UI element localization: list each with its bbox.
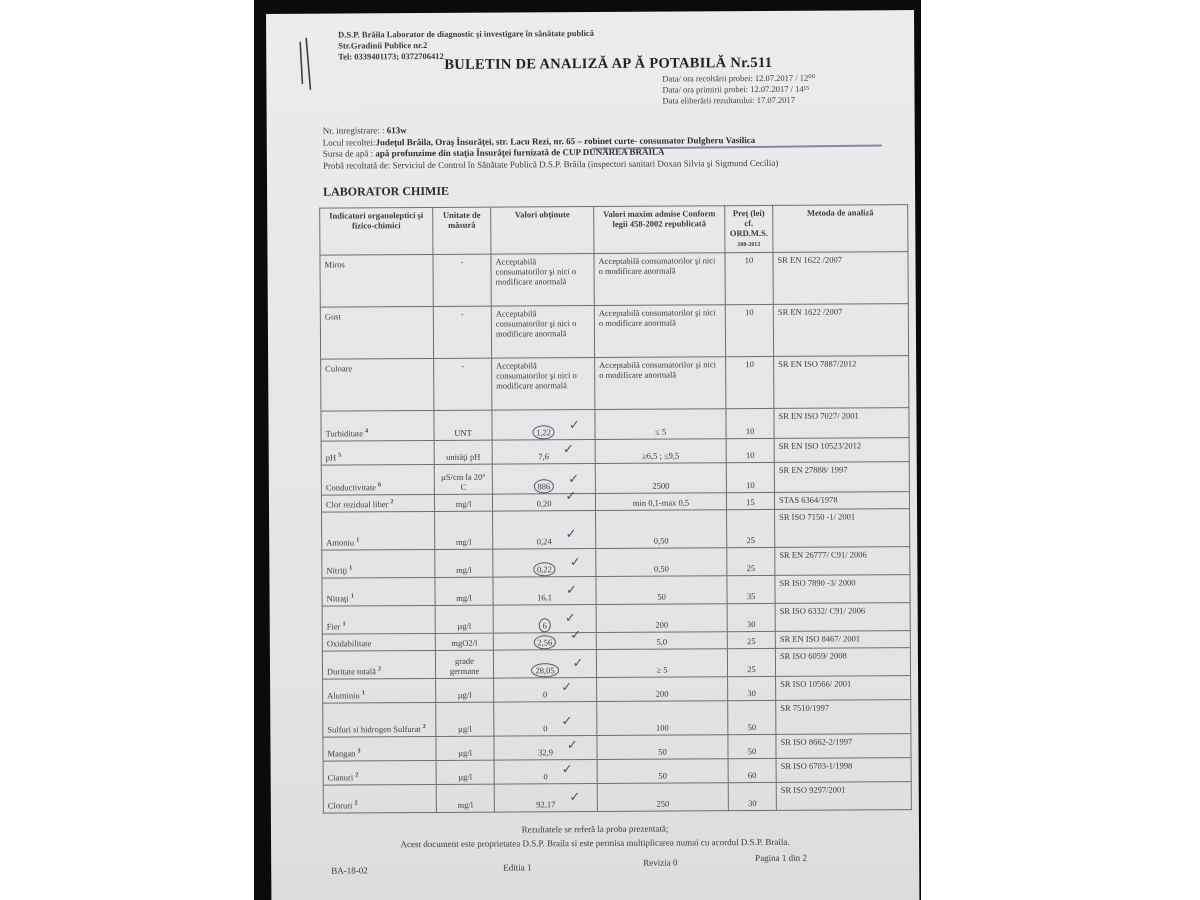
obtained-value: 28,05: [531, 663, 558, 677]
indicator-name: Fier 1: [322, 605, 435, 634]
header-price: Preţ (lei) cf. ORD.M.S.208-2012: [725, 205, 773, 252]
section-title: LABORATOR CHIMIE: [323, 184, 449, 200]
indicator-name: Conductivitate 6: [321, 464, 434, 495]
footnote-ref: 4: [365, 429, 368, 435]
price: 60: [728, 758, 776, 782]
collected-by: Probă recoltată de: Serviciul de Control…: [323, 157, 778, 171]
unit: µg/l: [436, 760, 494, 784]
max-limit: ≥6,5 ; ≤9,5: [595, 439, 726, 464]
analysis-method: SR 7510/1997: [776, 699, 911, 734]
indicator-name: Nitriţi 1: [322, 549, 435, 578]
check-mark-icon: ✓: [570, 558, 581, 568]
table-row: Cianuri 2µg/l0✓5060SR ISO 6703-1/1998: [323, 757, 911, 785]
obtained-value-cell: 0,22✓: [493, 548, 596, 577]
footnote-ref: 3: [357, 748, 360, 754]
page-number: Pagina 1 din 2: [755, 853, 807, 863]
obtained-value: 6: [539, 618, 551, 632]
unit: mgO2/l: [435, 633, 493, 650]
obtained-value: Acceptabilă consumatorilor şi nici o mod…: [495, 256, 576, 286]
max-limit: 50: [597, 758, 728, 783]
analysis-method: SR EN 27888/ 1997: [774, 462, 909, 493]
price: 25: [727, 648, 775, 676]
indicator-name: Aluminiu 1: [323, 678, 436, 703]
obtained-value: 0: [544, 771, 548, 781]
table-row: Mangan 3µg/l32,9✓5050SR ISO 8662-2/1997: [323, 733, 911, 761]
results-table: Indicatori organoleptici şi fizico-chimi…: [319, 204, 912, 813]
footnote-ref: 1: [349, 565, 352, 571]
obtained-value: 0,24: [537, 536, 552, 546]
obtained-value-cell: Acceptabilă consumatorilor şi nici o mod…: [491, 306, 594, 359]
max-limit: 100: [597, 700, 728, 735]
max-limit: 200: [597, 676, 728, 701]
obtained-value: 0: [543, 689, 547, 699]
header-value: Valori obţinute: [491, 207, 594, 255]
obtained-value: 16,1: [537, 592, 552, 602]
table-row: pH 5unităţi pH7,6✓≥6,5 ; ≤9,510SR EN ISO…: [321, 438, 909, 466]
max-limit: 200: [596, 604, 727, 633]
table-row: Miros -Acceptabilă consumatorilor şi nic…: [320, 252, 908, 308]
indicator-name: Turbiditate 4: [321, 410, 434, 441]
indicator-name: Cloruri 2: [323, 784, 436, 813]
price: 10: [726, 462, 774, 492]
check-mark-icon: ✓: [569, 793, 580, 803]
footnote-ref: 5: [338, 453, 341, 459]
analysis-method: SR ISO 6703-1/1998: [776, 757, 911, 782]
price: 25: [727, 631, 775, 648]
obtained-value: 886: [533, 479, 554, 493]
unit: grade germane: [435, 650, 493, 678]
indicator-name: Clor rezidual liber 2: [321, 494, 434, 512]
obtained-value-cell: 16,1✓: [493, 576, 596, 605]
document-title: BULETIN DE ANALIZĂ AP Ă POTABILĂ Nr.511: [444, 55, 772, 74]
footnote-ref: 2: [378, 666, 381, 672]
indicator-name: Amoniu 1: [322, 511, 435, 550]
obtained-value-cell: 886✓: [492, 463, 595, 494]
obtained-value: Acceptabilă consumatorilor şi nici o mod…: [496, 308, 577, 338]
table-row: Nitriţi 1mg/l0,22✓0,5025SR EN 26777/ C91…: [322, 546, 910, 578]
max-limit: 250: [597, 782, 728, 811]
indicator-name: Culoare: [321, 358, 434, 411]
unit: -: [433, 306, 491, 358]
obtained-value-cell: 28,05✓: [493, 649, 596, 678]
price: 50: [728, 700, 776, 734]
obtained-value-cell: 2,56✓: [493, 632, 596, 649]
obtained-value-cell: 0,20✓: [492, 493, 595, 510]
unit: mg/l: [435, 577, 493, 605]
table-row: Culoare -Acceptabilă consumatorilor şi n…: [321, 356, 909, 412]
pen-mark-icon: [294, 34, 316, 94]
doc-code: BA-18-02: [331, 865, 368, 875]
analysis-method: SR ISO 9297/2001: [776, 781, 911, 810]
unit: µS/cm la 20° C: [434, 464, 492, 494]
analysis-method: SR EN 1622 /2007: [773, 252, 908, 305]
footnote-ref: 1: [351, 593, 354, 599]
unit: µg/l: [435, 605, 493, 633]
analysis-method: SR ISO 7890 -3/ 2000: [775, 574, 910, 603]
check-mark-icon: ✓: [566, 586, 577, 596]
check-mark-icon: ✓: [563, 445, 574, 455]
footnote-ref: 6: [378, 482, 381, 488]
max-limit: 5,0: [596, 632, 727, 650]
obtained-value: 32,9: [538, 747, 553, 757]
price: 10: [726, 356, 774, 408]
unit: µg/l: [436, 702, 494, 736]
max-limit: min 0,1-max 0,5: [595, 493, 726, 511]
price: 25: [727, 509, 775, 547]
obtained-value: 2,56: [533, 635, 556, 649]
table-row: Turbiditate 4UNT1,22✓≤ 510SR EN ISO 7027…: [321, 408, 909, 442]
check-mark-icon: ✓: [561, 717, 572, 727]
footnote-ref: 2: [354, 800, 357, 806]
table-row: Amoniu 1mg/l0,24✓0,5025SR ISO 7150 -1/ 2…: [322, 508, 910, 550]
document-photo: D.S.P. Brăila Laborator de diagnostic şi…: [254, 0, 921, 900]
indicator-name: Cianuri 2: [323, 760, 436, 785]
footnote-ref: 2: [355, 772, 358, 778]
table-row: Gust -Acceptabilă consumatorilor şi nici…: [320, 304, 908, 360]
obtained-value: 1,22: [532, 425, 555, 439]
price: 10: [725, 304, 773, 356]
max-limit: 0,50: [596, 548, 727, 577]
table-header-row: Indicatori organoleptici şi fizico-chimi…: [320, 205, 908, 256]
price: 10: [725, 252, 773, 304]
obtained-value: 7,6: [538, 451, 549, 461]
price: 25: [727, 547, 775, 575]
analysis-method: SR EN ISO 7027/ 2001: [774, 408, 909, 439]
unit: mg/l: [435, 511, 493, 549]
unit: mg/l: [435, 549, 493, 577]
check-mark-icon: ✓: [569, 421, 580, 431]
analysis-method: SR ISO 8662-2/1997: [776, 733, 911, 758]
obtained-value: 0,20: [537, 498, 552, 508]
paper-sheet: D.S.P. Brăila Laborator de diagnostic şi…: [266, 10, 919, 900]
obtained-value-cell: 0✓: [494, 759, 597, 784]
unit: UNT: [434, 410, 492, 440]
price: 15: [726, 492, 774, 509]
price: 30: [728, 676, 776, 700]
price: 30: [727, 603, 775, 631]
check-mark-icon: ✓: [568, 475, 579, 485]
analysis-method: SR EN 1622 /2007: [773, 304, 908, 357]
price: 35: [727, 575, 775, 603]
obtained-value-cell: Acceptabilă consumatorilor şi nici o mod…: [491, 254, 594, 307]
check-mark-icon: ✓: [565, 492, 576, 502]
table-row: Cloruri 2mg/l92,17✓25030SR ISO 9297/2001: [323, 781, 911, 813]
check-mark-icon: ✓: [567, 741, 578, 751]
footnote-ref: 1: [362, 690, 365, 696]
table-row: Duritate totală 2grade germane28,05✓≥ 52…: [322, 647, 910, 679]
indicator-name: Miros: [320, 254, 433, 307]
indicator-name: Oxidabilitate: [322, 633, 435, 651]
obtained-value: Acceptabilă consumatorilor şi nici o mod…: [496, 360, 577, 390]
max-limit: Acceptabilă consumatorilor şi nici o mod…: [594, 253, 725, 306]
unit: mg/l: [436, 784, 494, 812]
indicator-name: Duritate totală 2: [322, 650, 435, 679]
obtained-value-cell: 6✓: [493, 604, 596, 633]
sample-dates: Data/ ora recoltării probei: 12.07.2017 …: [662, 73, 815, 107]
unit: mg/l: [434, 494, 492, 511]
max-limit: 50: [597, 734, 728, 759]
analysis-method: SR EN ISO 7887/2012: [774, 356, 909, 409]
footnote-ref: 1: [356, 537, 359, 543]
obtained-value-cell: 0✓: [494, 701, 597, 736]
table-row: Conductivitate 6µS/cm la 20° C886✓250010…: [321, 462, 909, 496]
indicator-name: Gust: [320, 306, 433, 359]
footer-note-results: Rezultatele se referă la proba prezentat…: [271, 822, 919, 836]
max-limit: 0,50: [596, 510, 727, 549]
max-limit: Acceptabilă consumatorilor şi nici o mod…: [594, 305, 725, 358]
analysis-method: STAS 6364/1978: [774, 492, 909, 510]
obtained-value: 0: [543, 723, 547, 733]
footer-note-ownership: Acest document este proprietatea D.S.P. …: [271, 836, 919, 850]
unit: -: [434, 358, 492, 410]
analysis-method: SR EN 26777/ C91/ 2006: [775, 546, 910, 575]
check-mark-icon: ✓: [562, 765, 573, 775]
check-mark-icon: ✓: [570, 631, 581, 641]
unit: µg/l: [436, 736, 494, 760]
header-limit: Valori maxim admise Conform legii 458-20…: [594, 206, 725, 254]
indicator-name: pH 5: [321, 440, 434, 465]
analysis-method: SR ISO 6059/ 2008: [775, 647, 910, 676]
analysis-method: SR EN ISO 10523/2012: [774, 438, 909, 463]
obtained-value: 0,22: [533, 562, 556, 576]
obtained-value-cell: Acceptabilă consumatorilor şi nici o mod…: [492, 357, 595, 410]
price: 10: [726, 438, 774, 462]
revision: Revizia 0: [643, 858, 677, 868]
max-limit: Acceptabilă consumatorilor şi nici o mod…: [595, 357, 726, 410]
price: 30: [728, 782, 776, 810]
analysis-method: SR ISO 6332/ C91/ 2006: [775, 602, 910, 631]
date-released: Data eliberării rezultatului: 17.07.2017: [663, 95, 816, 107]
price: 50: [728, 734, 776, 758]
price: 10: [726, 408, 774, 438]
max-limit: ≤ 5: [595, 409, 726, 440]
indicator-name: Sulfuri si hidrogen Sulfurat 2: [323, 702, 436, 737]
footnote-ref: 2: [423, 724, 426, 730]
header-method: Metoda de analiză: [773, 205, 908, 253]
max-limit: 50: [596, 576, 727, 605]
obtained-value-cell: 1,22✓: [492, 409, 595, 440]
analysis-method: SR EN ISO 8467/ 2001: [775, 630, 910, 648]
org-name: D.S.P. Brăila Laborator de diagnostic şi…: [338, 28, 594, 41]
header-unit: Unitate de măsură: [433, 207, 491, 254]
unit: unităţi pH: [434, 440, 492, 464]
analysis-method: SR ISO 10566/ 2001: [776, 675, 911, 700]
max-limit: 2500: [595, 463, 726, 494]
table-row: Aluminiu 1µg/l0✓20030SR ISO 10566/ 2001: [323, 675, 911, 703]
obtained-value-cell: 0✓: [494, 677, 597, 702]
indicator-name: Mangan 3: [323, 736, 436, 761]
table-row: Nitraţi 1mg/l16,1✓5035SR ISO 7890 -3/ 20…: [322, 574, 910, 606]
footnote-ref: 1: [343, 622, 346, 628]
edition: Editia 1: [503, 862, 531, 872]
indicator-name: Nitraţi 1: [322, 577, 435, 606]
obtained-value: 92,17: [536, 799, 555, 809]
max-limit: ≥ 5: [596, 648, 727, 677]
table-row: Fier 1µg/l6✓20030SR ISO 6332/ C91/ 2006: [322, 602, 910, 634]
check-mark-icon: ✓: [561, 683, 572, 693]
footnote-ref: 2: [390, 499, 393, 505]
obtained-value-cell: 7,6✓: [492, 439, 595, 464]
check-mark-icon: ✓: [573, 659, 584, 669]
check-mark-icon: ✓: [566, 530, 577, 540]
table-row: Sulfuri si hidrogen Sulfurat 2µg/l0✓1005…: [323, 699, 911, 737]
obtained-value-cell: 92,17✓: [494, 783, 597, 812]
obtained-value-cell: 32,9✓: [494, 735, 597, 760]
check-mark-icon: ✓: [565, 614, 576, 624]
header-indicator: Indicatori organoleptici şi fizico-chimi…: [320, 207, 433, 255]
unit: -: [433, 254, 491, 306]
analysis-method: SR ISO 7150 -1/ 2001: [775, 508, 910, 547]
unit: µg/l: [436, 678, 494, 702]
obtained-value-cell: 0,24✓: [493, 510, 596, 549]
